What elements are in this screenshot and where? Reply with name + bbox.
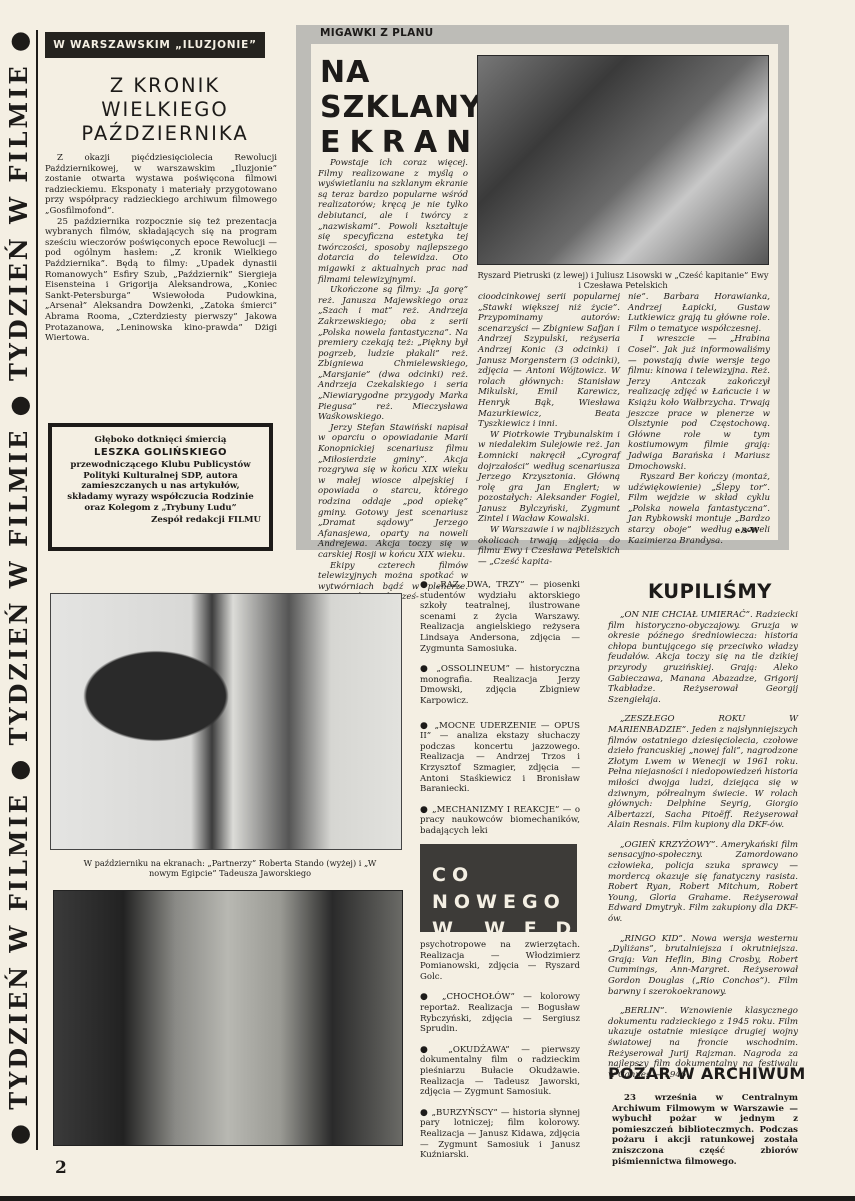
title-line: WIELKIEGO bbox=[45, 98, 285, 122]
kupilismy-title: KUPILIŚMY bbox=[648, 580, 772, 603]
wfd-items-top: „RAZ, DWA, TRZY” — piosenki studentów wy… bbox=[420, 580, 580, 846]
pozar-title: POŻAR W ARCHIWUM bbox=[608, 1064, 806, 1083]
film-entry: „ON NIE CHCIAŁ UMIERAĆ”. Radziecki film … bbox=[608, 610, 798, 705]
wfd-item: „RAZ, DWA, TRZY” — piosenki studentów wy… bbox=[420, 580, 580, 654]
paragraph: Ryszard Ber kończy (montaż, udźwiękowien… bbox=[628, 472, 770, 546]
bottom-edge bbox=[0, 1196, 855, 1201]
wfd-continuation: psychotropowe na zwierzętach. Realizacja… bbox=[420, 940, 580, 982]
migawki-title: NA SZKLANY EKRAN bbox=[320, 55, 483, 160]
band-text: ● TYDZIEŃ W FILMIE ● TYDZIEŃ W FILMIE ● … bbox=[4, 25, 34, 1145]
page-number: 2 bbox=[55, 1158, 67, 1178]
wfd-items-bottom: psychotropowe na zwierzętach. Realizacja… bbox=[420, 940, 580, 1171]
wfd-item: „MOCNE UDERZENIE — OPUS II” — analiza ek… bbox=[420, 721, 580, 795]
film-entry: „OGIEŃ KRZYŻOWY”. Amerykański film sensa… bbox=[608, 840, 798, 925]
paragraph: W Piotrkowie Trybunalskim i w niedalekim… bbox=[478, 430, 620, 525]
title-line: CO NOWEGO bbox=[432, 862, 577, 916]
title-line: EKRAN bbox=[320, 125, 483, 160]
vertical-section-band: ● TYDZIEŃ W FILMIE ● TYDZIEŃ W FILMIE ● … bbox=[4, 30, 38, 1150]
photo-two-actors bbox=[477, 55, 769, 265]
paragraph: Powstaje ich coraz więcej. Filmy realizo… bbox=[318, 158, 468, 285]
paragraph: 25 października rozpocznie się też preze… bbox=[45, 217, 277, 344]
section-header: W WARSZAWSKIM „ILUZJONIE” bbox=[45, 32, 265, 58]
band-rule bbox=[36, 30, 38, 1150]
paragraph: W Warszawie i w najbliższych okolicach t… bbox=[478, 525, 620, 567]
pozar-body: 23 września w Centralnym Archiwum Filmow… bbox=[612, 1093, 798, 1167]
wfd-item: „OKUDŻAWA” — pierwszy dokumentalny film … bbox=[420, 1045, 580, 1098]
title-line: NA bbox=[320, 55, 483, 90]
wfd-item: „BURZYŃSCY” — historia słynnej pary lotn… bbox=[420, 1108, 580, 1161]
author-signature: e.s-W bbox=[735, 525, 759, 535]
photos-caption: W październiku na ekranach: „Partnerzy” … bbox=[70, 858, 390, 878]
paragraph: Z okazji pięćdziesięciolecia Rewolucji P… bbox=[45, 153, 277, 217]
title-line: W W F D? bbox=[432, 916, 577, 943]
paragraph: 23 września w Centralnym Archiwum Filmow… bbox=[612, 1093, 798, 1167]
paragraph: Jerzy Stefan Stawiński napisał w oparciu… bbox=[318, 423, 468, 561]
migawki-column-1: Powstaje ich coraz więcej. Filmy realizo… bbox=[318, 158, 468, 603]
wfd-item: „MECHANIZMY I REAKCJE” — o pracy naukowc… bbox=[420, 805, 580, 837]
notice-signature: Zespół redakcji FILMU bbox=[60, 515, 261, 526]
migawki-section-label: MIGAWKI Z PLANU bbox=[320, 27, 434, 39]
paragraph: Ukończone są filmy: „Ja gorę” reż. Janus… bbox=[318, 285, 468, 423]
notice-body: przewodniczącego Klubu Publicystów Polit… bbox=[60, 460, 261, 513]
article-body: Z okazji pięćdziesięciolecia Rewolucji P… bbox=[45, 153, 277, 344]
wfd-item: „OSSOLINEUM” — historyczna monografia. R… bbox=[420, 664, 580, 706]
wfd-item: „CHOCHOŁÓW” — kolorowy reportaż. Realiza… bbox=[420, 992, 580, 1034]
photo-caption: Ryszard Pietruski (z lewej) i Juliusz Li… bbox=[477, 270, 769, 290]
notice-name: LESZKA GOLIŃSKIEGO bbox=[60, 448, 261, 459]
title-line: PAŹDZIERNIKA bbox=[45, 122, 285, 146]
film-entry: „RINGO KID”. Nowa wersja westernu „Dyliż… bbox=[608, 934, 798, 998]
title-line: SZKLANY bbox=[320, 90, 483, 125]
kupilismy-list: „ON NIE CHCIAŁ UMIERAĆ”. Radziecki film … bbox=[608, 610, 798, 1089]
film-entry: „ZESZŁEGO ROKU W MARIENBADZIE”. Jeden z … bbox=[608, 714, 798, 831]
photo-egyptian-statue bbox=[53, 890, 403, 1146]
migawki-column-3: nie”. Barbara Horawianka, Andrzej Łapick… bbox=[628, 292, 770, 546]
article-title: Z KRONIK WIELKIEGO PAŹDZIERNIKA bbox=[45, 74, 285, 146]
paragraph: I wreszcie — „Hrabina Cosel”. Jak już in… bbox=[628, 334, 770, 472]
notice-line: Głęboko dotknięci śmiercią bbox=[60, 435, 261, 446]
photo-horse-rider bbox=[50, 593, 402, 850]
paragraph: cioodcinkowej serii popularnej „Stawki w… bbox=[478, 292, 620, 430]
paragraph: nie”. Barbara Horawianka, Andrzej Łapick… bbox=[628, 292, 770, 334]
wfd-title-box: CO NOWEGO W W F D? bbox=[420, 844, 577, 932]
migawki-column-2: cioodcinkowej serii popularnej „Stawki w… bbox=[478, 292, 620, 567]
title-line: Z KRONIK bbox=[45, 74, 285, 98]
obituary-notice: Głęboko dotknięci śmiercią LESZKA GOLIŃS… bbox=[48, 423, 273, 551]
